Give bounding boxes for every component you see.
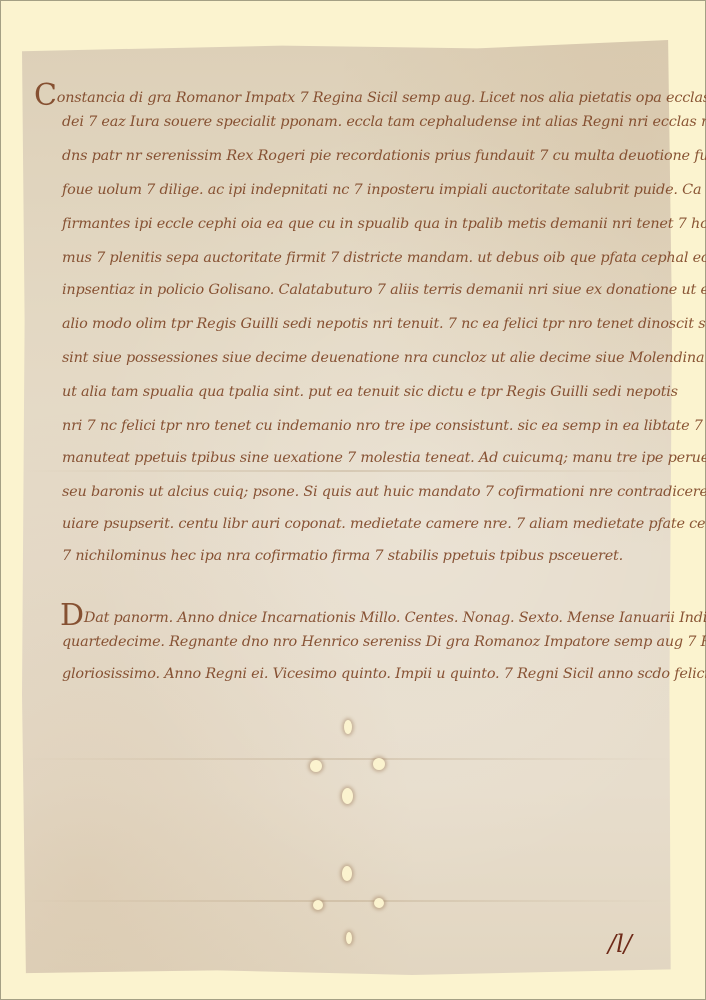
dating-line: gloriosissimo. Anno Regni ei. Vicesimo q… (62, 666, 706, 682)
seal-hole (344, 720, 352, 734)
seal-hole (313, 900, 323, 910)
seal-hole (310, 760, 322, 772)
bottom-mark: /l/ (608, 930, 632, 958)
text-line: foue uolum 7 dilige. ac ipi indepnitati … (62, 182, 706, 198)
fold-line (22, 900, 672, 902)
dating-line: DDat panorm. Anno dnice Incarnationis Mi… (60, 598, 706, 633)
decorated-initial: C (34, 78, 57, 113)
text-line: ut alia tam spualia qua tpalia sint. put… (62, 384, 678, 400)
text-line: dns patr nr serenissim Rex Rogeri pie re… (62, 148, 706, 164)
text-line: uiare psupserit. centu libr auri coponat… (62, 516, 706, 532)
seal-hole (342, 788, 353, 804)
fold-line (22, 758, 672, 760)
fold-line (22, 470, 672, 472)
text-line: Constancia di gra Romanor Impatx 7 Regin… (34, 78, 706, 113)
seal-hole (374, 898, 384, 908)
text-line: alio modo olim tpr Regis Guilli sedi nep… (62, 316, 706, 332)
parchment-sheet (22, 40, 672, 975)
text-line: seu baronis ut alcius cuiq; psone. Si qu… (62, 484, 706, 500)
text-line: sint siue possessiones siue decime deuen… (62, 350, 706, 366)
text-line: dei 7 eaz Iura souere specialit pponam. … (62, 114, 706, 130)
text-line: nri 7 nc felici tpr nro tenet cu indeman… (62, 418, 706, 434)
text-line: 7 nichilominus hec ipa nra cofirmatio fi… (62, 548, 623, 564)
text-line: firmantes ipi eccle cephi oia ea que cu … (62, 216, 706, 232)
text-line: inpsentiaz in policio Golisano. Calatabu… (62, 282, 706, 298)
dating-initial: D (60, 598, 84, 633)
dating-line: quartedecime. Regnante dno nro Henrico s… (62, 634, 706, 650)
seal-hole (373, 758, 385, 770)
seal-hole (346, 932, 352, 944)
seal-hole (342, 866, 352, 881)
text-line: mus 7 plenitis sepa auctoritate firmit 7… (62, 250, 706, 266)
text-line: manuteat ppetuis tpibus sine uexatione 7… (62, 450, 706, 466)
